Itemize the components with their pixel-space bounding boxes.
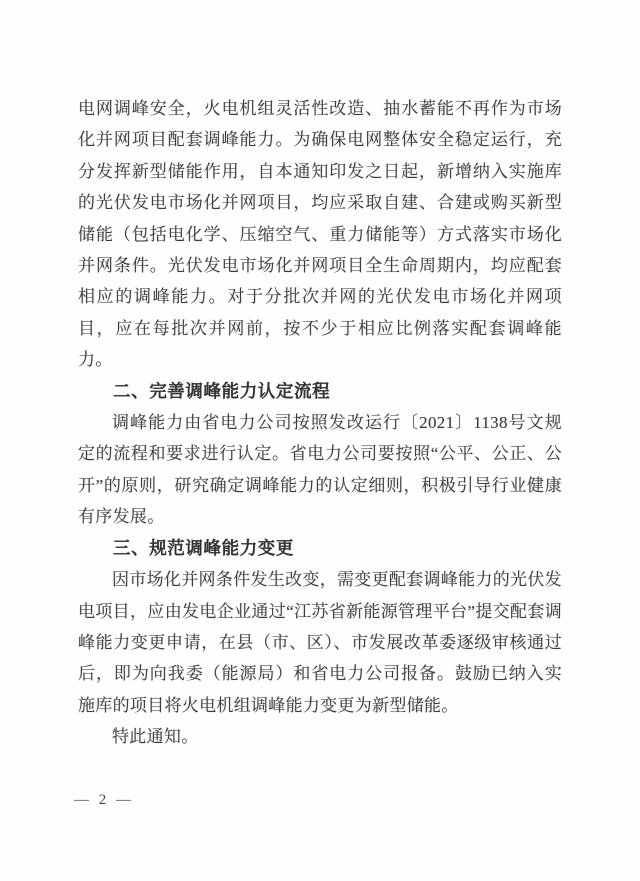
paragraph-section-3: 因市场化并网条件发生改变，需变更配套调峰能力的光伏发电项目，应由发电企业通过“江…: [78, 564, 562, 721]
section-heading-3: 三、规范调峰能力变更: [78, 533, 562, 564]
section-heading-2: 二、完善调峰能力认定流程: [78, 376, 562, 407]
paragraph-closing-notice: 特此通知。: [78, 721, 562, 752]
paragraph-section-2: 调峰能力由省电力公司按照发改运行〔2021〕1138号文规定的流程和要求进行认定…: [78, 407, 562, 533]
paragraph-continuation: 电网调峰安全，火电机组灵活性改造、抽水蓄能不再作为市场化并网项目配套调峰能力。为…: [78, 93, 562, 376]
scanned-document-page: 电网调峰安全，火电机组灵活性改造、抽水蓄能不再作为市场化并网项目配套调峰能力。为…: [0, 0, 640, 881]
document-body: 电网调峰安全，火电机组灵活性改造、抽水蓄能不再作为市场化并网项目配套调峰能力。为…: [78, 93, 562, 753]
page-number: — 2 —: [74, 792, 134, 809]
